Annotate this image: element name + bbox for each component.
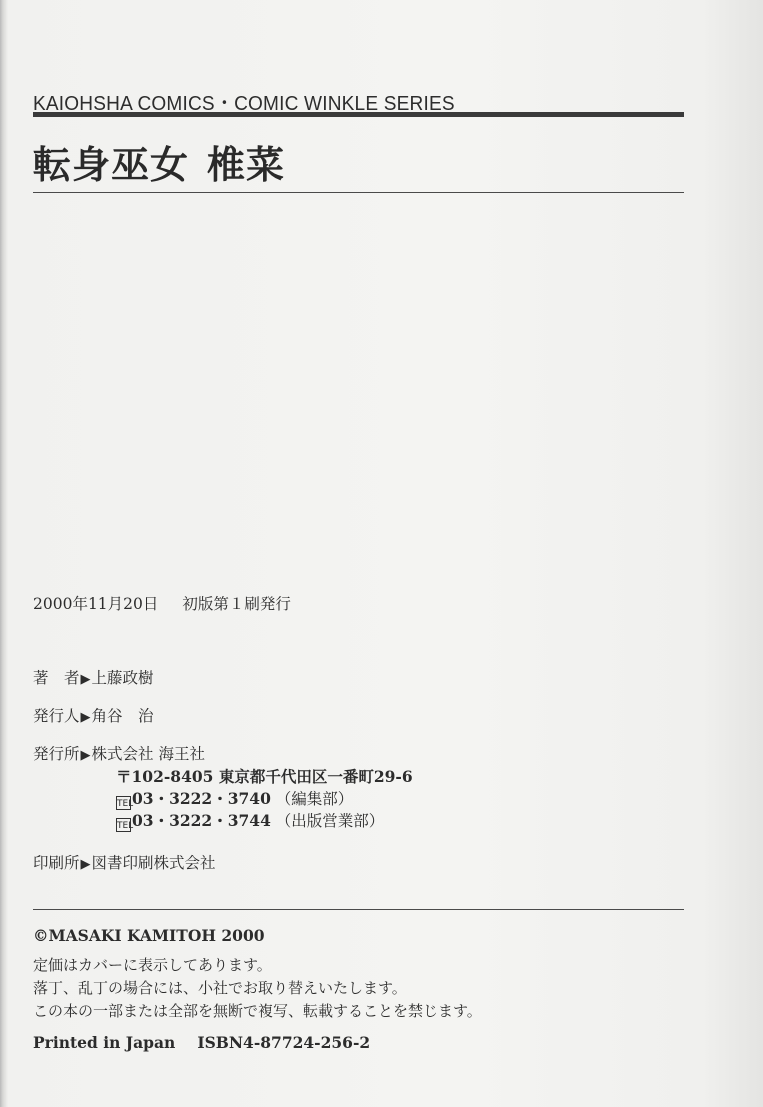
publisher-label: 発行所	[33, 742, 80, 764]
printer-label: 印刷所	[33, 851, 80, 873]
edition: 初版第１刷発行	[182, 595, 291, 613]
author-name: 上藤政樹	[92, 669, 154, 687]
printer-row: 印刷所▶図書印刷株式会社	[33, 851, 216, 873]
publisher-address: 〒102-8405 東京都千代田区一番町29-6	[116, 765, 413, 787]
author-label: 著 者	[33, 666, 80, 688]
printed-in: Printed in Japan	[33, 1033, 175, 1052]
title-main: 転身巫女	[33, 143, 189, 187]
arrow-right-icon: ▶	[81, 857, 91, 872]
isbn: ISBN4-87724-256-2	[197, 1033, 370, 1052]
footer-divider	[33, 909, 684, 910]
price-notice: 定価はカバーに表示してあります。	[33, 954, 272, 975]
copyright: ©MASAKI KAMITOH 2000	[33, 926, 265, 945]
publisher-person-label: 発行人	[33, 704, 80, 726]
printed-line: Printed in JapanISBN4-87724-256-2	[33, 1033, 370, 1052]
tel-editorial-dept: （編集部）	[276, 790, 354, 808]
tel-editorial: 03・3222・3740	[132, 789, 271, 808]
thick-divider	[33, 112, 684, 117]
publisher-row: 発行所▶株式会社 海王社	[33, 742, 205, 764]
colophon-page: KAIOHSHA COMICS・COMIC WINKLE SERIES 転身巫女…	[0, 0, 763, 1107]
tel-editorial-row: TEL03・3222・3740 （編集部）	[116, 787, 353, 810]
title-name: 椎菜	[207, 143, 285, 187]
defect-notice: 落丁、乱丁の場合には、小社でお取り替えいたします。	[33, 977, 407, 998]
author-row: 著 者▶上藤政樹	[33, 666, 154, 688]
arrow-right-icon: ▶	[81, 672, 91, 687]
publisher-person-name: 角谷 治	[92, 707, 154, 725]
title-divider	[33, 192, 684, 193]
printer-name: 図書印刷株式会社	[92, 854, 216, 872]
arrow-right-icon: ▶	[81, 710, 91, 725]
arrow-right-icon: ▶	[81, 748, 91, 763]
tel-sales-row: TEL03・3222・3744 （出版営業部）	[116, 809, 384, 832]
book-title: 転身巫女椎菜	[33, 134, 285, 189]
publisher-person-row: 発行人▶角谷 治	[33, 704, 154, 726]
tel-sales-dept: （出版営業部）	[276, 812, 385, 830]
publication-date: 2000年11月20日	[33, 595, 158, 613]
copy-prohibited-notice: この本の一部または全部を無断で複写、転載することを禁じます。	[33, 1000, 482, 1021]
tel-sales: 03・3222・3744	[132, 811, 271, 830]
publication-date-line: 2000年11月20日初版第１刷発行	[33, 592, 291, 614]
telephone-icon: TEL	[116, 796, 131, 810]
telephone-icon: TEL	[116, 818, 131, 832]
publisher-name: 株式会社 海王社	[92, 745, 205, 763]
